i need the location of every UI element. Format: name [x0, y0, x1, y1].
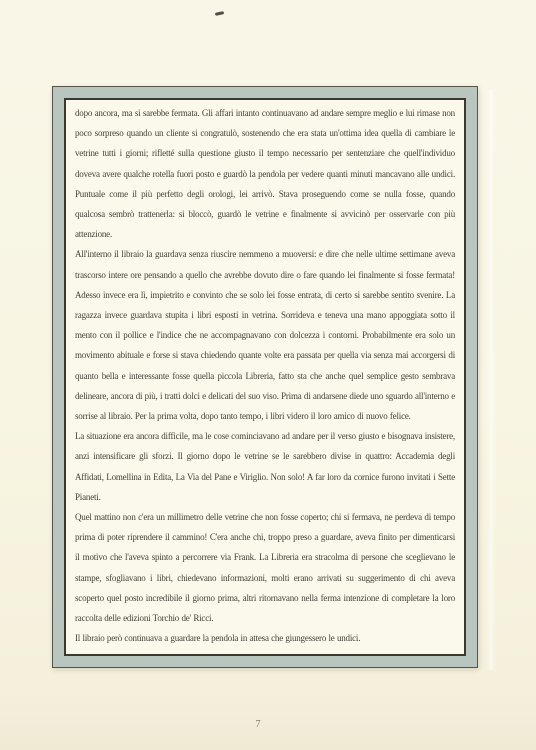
story-text-block: dopo ancora, ma si sarebbe fermata. Gli … — [75, 103, 455, 648]
page-number: 7 — [250, 719, 266, 730]
print-mark — [215, 11, 224, 16]
story-paragraph: Il libraio però continuava a guardare la… — [75, 628, 455, 648]
story-paragraph: All'interno il libraio la guardava senza… — [75, 244, 455, 426]
story-paragraph: dopo ancora, ma si sarebbe fermata. Gli … — [75, 103, 455, 244]
story-paragraph: La situazione era ancora difficile, ma l… — [75, 426, 455, 507]
scan-streak — [486, 90, 496, 670]
text-frame-inner: dopo ancora, ma si sarebbe fermata. Gli … — [64, 98, 466, 656]
story-paragraph: Quel mattino non c'era un millimetro del… — [75, 507, 455, 628]
text-frame: dopo ancora, ma si sarebbe fermata. Gli … — [52, 86, 478, 668]
book-page: dopo ancora, ma si sarebbe fermata. Gli … — [0, 0, 536, 750]
